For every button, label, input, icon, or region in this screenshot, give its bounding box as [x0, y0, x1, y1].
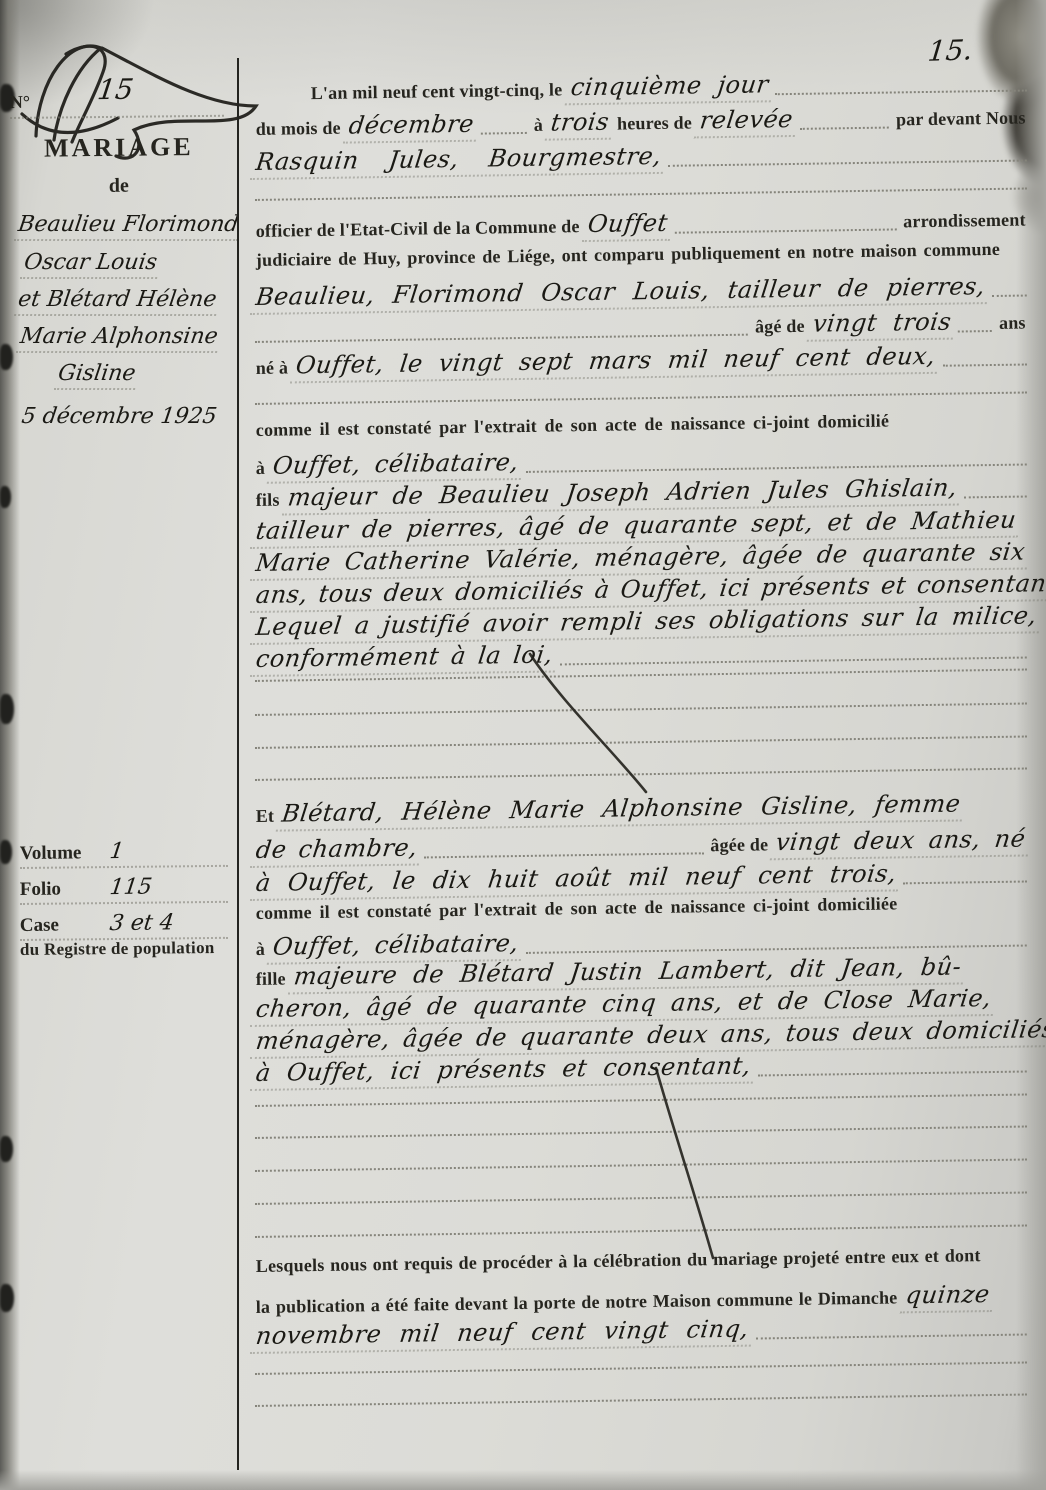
margin-column: N° 15 MARIAGE de Beaulieu FlorimondOscar…: [6, 0, 232, 1490]
handwritten-text: trois: [545, 108, 615, 141]
dotted-rule: [255, 332, 748, 343]
dotted-rule: [800, 125, 889, 130]
printed-text: né à: [252, 357, 293, 379]
register-ref-row: Volume1: [20, 838, 228, 869]
dotted-rule: [958, 328, 992, 333]
act-date: 5 décembre 1925: [20, 404, 218, 429]
handwritten-text: Rasquin Jules, Bourgmestre,: [250, 142, 667, 180]
printed-text: officier de l'Etat-Civil de la Commune d…: [252, 216, 584, 242]
dotted-rule: [942, 362, 1026, 367]
register-ref-row: Case3 et 4: [20, 910, 228, 941]
register-ref-value: 115: [108, 875, 153, 900]
dotted-rule: [255, 766, 1027, 781]
text-line: [252, 1348, 1030, 1382]
handwritten-text: de chambre,: [250, 833, 423, 868]
register-label: du Registre de population: [20, 938, 215, 960]
dotted-rule: [255, 1360, 1027, 1375]
text-line: comme il est constaté par l'extrait de s…: [252, 408, 1030, 442]
printed-text: à: [252, 939, 270, 960]
dotted-rule: [775, 88, 1027, 96]
dotted-rule: [255, 1223, 1027, 1238]
dotted-rule: [424, 850, 703, 858]
text-line: [252, 1178, 1030, 1212]
text-line: Lesquels nous ont requis de procéder à l…: [252, 1244, 1030, 1278]
handwritten-text: Ouffet: [582, 209, 674, 242]
printed-text: Et: [252, 806, 279, 827]
dotted-rule: [674, 226, 896, 233]
dotted-rule: [255, 701, 1027, 716]
handwritten-text: quinze: [899, 1280, 995, 1313]
register-page: 15. N° 15 MARIAGE de Beaulieu FlorimondO…: [0, 0, 1046, 1490]
spacer: [252, 99, 307, 100]
act-number-label: N°: [10, 92, 30, 112]
register-ref-label: Volume: [20, 842, 94, 865]
dotted-rule: [526, 462, 1027, 473]
printed-text: heures de: [613, 112, 696, 134]
dotted-rule: [255, 390, 1027, 405]
register-ref-value: 3 et 4: [108, 910, 175, 936]
act-number-value: 15: [96, 73, 136, 106]
printed-text: à: [252, 458, 270, 479]
register-ref-value: 1: [108, 839, 125, 864]
act-title: MARIAGE: [6, 132, 232, 164]
printed-text: L'an mil neuf cent vingt-cinq, le: [307, 79, 567, 104]
dotted-rule: [756, 1332, 1027, 1340]
dotted-rule: [255, 1392, 1027, 1407]
printed-text: Lesquels nous ont requis de procéder à l…: [252, 1245, 985, 1277]
handwritten-text: Blétard, Hélène Marie Alphonsine Gisline…: [276, 789, 966, 831]
margin-separator-rule: [237, 58, 239, 1470]
handwritten-text: vingt deux ans, né: [770, 824, 1032, 860]
dotted-rule: [255, 1190, 1027, 1205]
spouse-name-line: Gisline: [54, 361, 139, 390]
spouse-name-line: Marie Alphonsine: [16, 324, 221, 353]
dotted-rule: [668, 158, 1027, 167]
text-line: [252, 1380, 1030, 1414]
printed-text: âgé de: [751, 316, 809, 338]
register-ref-label: Folio: [20, 878, 94, 901]
register-ref-row: Folio115: [20, 874, 228, 905]
handwritten-text: Ouffet, célibataire,: [267, 448, 525, 484]
handwritten-text: décembre: [343, 110, 480, 144]
text-line: [252, 174, 1030, 208]
register-ref-label: Case: [20, 914, 94, 937]
printed-text: du mois de: [252, 118, 345, 140]
text-line: [252, 1211, 1030, 1245]
handwritten-text: Ouffet, le vingt sept mars mil neuf cent…: [290, 342, 941, 384]
spouse-name-line: et Blétard Hélène: [14, 287, 220, 316]
dotted-rule: [255, 734, 1027, 749]
text-line: [252, 378, 1030, 412]
dotted-rule: [481, 130, 527, 135]
dotted-rule: [758, 1069, 1027, 1077]
handwritten-text: relevée: [694, 105, 799, 139]
printed-text: comme il est constaté par l'extrait de s…: [252, 410, 894, 441]
spouse-name-line: Beaulieu Florimond: [14, 212, 242, 241]
text-line: [252, 689, 1030, 723]
printed-text: fille: [252, 968, 290, 990]
printed-text: fils: [252, 490, 284, 511]
dotted-rule: [964, 494, 1027, 499]
handwritten-text: novembre mil neuf cent vingt cinq,: [250, 1315, 755, 1354]
text-line: [252, 722, 1030, 756]
handwritten-text: cinquième jour: [564, 70, 774, 105]
dotted-rule: [255, 667, 1027, 682]
dotted-rule: [255, 1124, 1027, 1139]
text-line: [252, 1112, 1030, 1146]
handwritten-text: vingt trois: [807, 308, 957, 342]
printed-text: âgée de: [706, 834, 772, 856]
spouse-name-line: Oscar Louis: [20, 250, 161, 279]
printed-text: par devant Nous: [892, 107, 1030, 130]
dotted-rule: [255, 186, 1027, 201]
printed-text: ans: [995, 312, 1030, 334]
printed-text: à: [530, 115, 548, 136]
act-number-row: N° 15: [10, 90, 224, 119]
dotted-rule: [903, 879, 1027, 885]
act-body: L'an mil neuf cent vingt-cinq, lecinquiè…: [252, 0, 1030, 1490]
text-line: [252, 754, 1030, 788]
act-title-de: de: [6, 174, 232, 199]
printed-text: arrondissement: [899, 209, 1030, 232]
dotted-rule: [255, 1157, 1027, 1172]
dotted-rule: [992, 293, 1027, 298]
text-line: [252, 1145, 1030, 1179]
dotted-rule: [255, 1092, 1027, 1107]
